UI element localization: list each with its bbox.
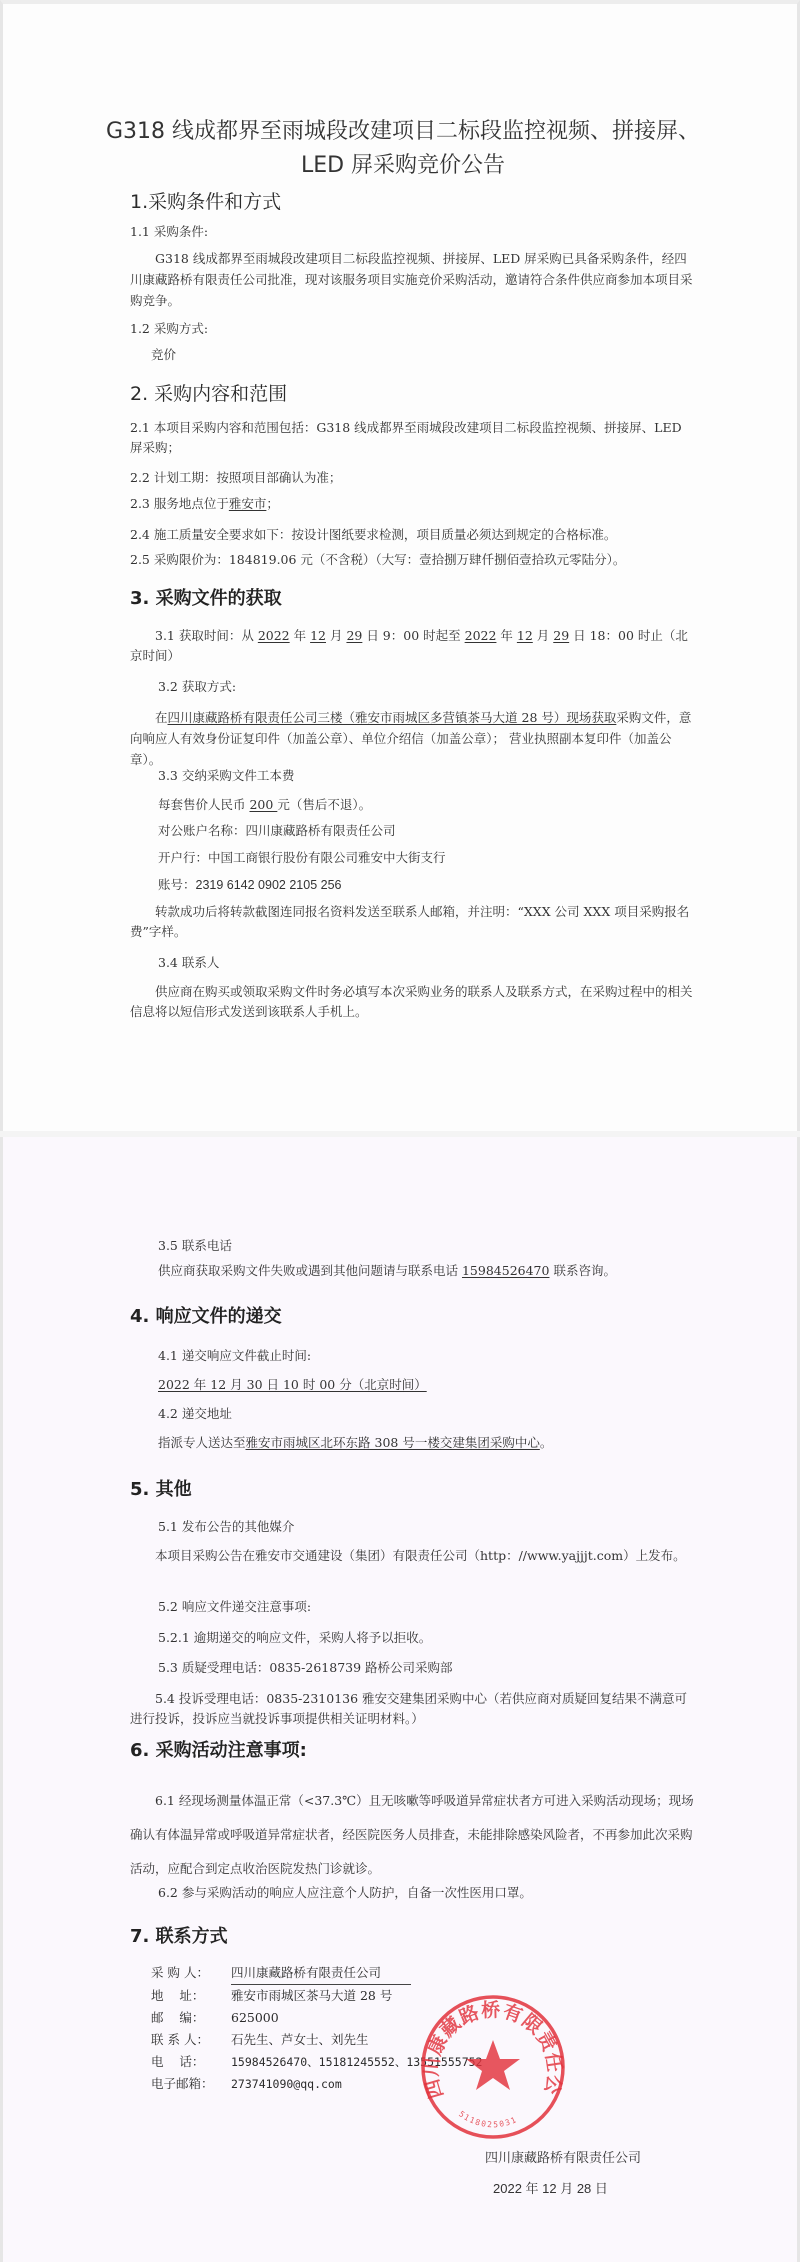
account-name: 对公账户名称：四川康藏路桥有限责任公司	[158, 821, 396, 841]
section-2-4: 2.4 施工质量安全要求如下：按设计图纸要求检测，项目质量必须达到规定的合格标准…	[130, 525, 616, 545]
section-1-2-text: 竞价	[151, 345, 176, 365]
text: 日 9：00 时起至	[362, 628, 464, 643]
section-3-5-label: 3.5 联系电话	[158, 1236, 232, 1256]
section-3-1: 3.1 获取时间：从 2022 年 12 月 29 日 9：00 时起至 202…	[130, 626, 695, 666]
contact-value: 石先生、芦女士、刘先生	[231, 2029, 369, 2051]
signature-date: 2022 年 12 月 28 日	[493, 2178, 608, 2197]
bank-name: 开户行：中国工商银行股份有限公司雅安中大街支行	[158, 848, 446, 868]
start-day: 29	[346, 628, 362, 643]
contact-key: 联 系 人：	[151, 2029, 231, 2051]
signature-company: 四川康藏路桥有限责任公司	[485, 2147, 641, 2166]
section-3-4-text: 供应商在购买或领取采购文件时务必填写本次采购业务的联系人及联系方式，在采购过程中…	[130, 982, 695, 1022]
section-5-2-label: 5.2 响应文件递交注意事项:	[158, 1597, 311, 1617]
end-year: 2022	[465, 628, 497, 643]
start-year: 2022	[258, 628, 290, 643]
section-3-2-label: 3.2 获取方式:	[158, 677, 236, 697]
section-3-3-price: 每套售价人民币 200 元（售后不退）。	[158, 795, 371, 815]
purchaser-name: 四川康藏路桥有限责任公司	[231, 1965, 381, 1980]
contact-value: 雅安市雨城区茶马大道 28 号	[231, 1985, 392, 2007]
contact-value: 四川康藏路桥有限责任公司	[231, 1962, 411, 1985]
contact-row-purchaser: 采 购 人： 四川康藏路桥有限责任公司	[151, 1962, 482, 1985]
section-1-2-label: 1.2 采购方式:	[130, 319, 208, 339]
section-3-heading: 3. 采购文件的获取	[130, 584, 282, 610]
text: 年	[496, 628, 516, 643]
text: 供应商获取采购文件失败或遇到其他问题请与联系电话	[158, 1263, 462, 1278]
text: 在	[155, 710, 168, 725]
text: 月	[326, 628, 346, 643]
contact-key: 采 购 人：	[151, 1962, 231, 1985]
text: 元（售后不退）。	[277, 797, 371, 812]
contact-key: 电 话：	[151, 2051, 231, 2073]
section-6-1: 6.1 经现场测量体温正常（<37.3℃）且无咳嗽等呼吸道异常症状者方可进入采购…	[130, 1784, 695, 1886]
section-5-3: 5.3 质疑受理电话：0835-2618739 路桥公司采购部	[158, 1658, 453, 1678]
section-5-heading: 5. 其他	[130, 1475, 192, 1501]
text: 月	[533, 628, 553, 643]
text: 3.1 获取时间：从	[155, 628, 258, 643]
start-month: 12	[310, 628, 326, 643]
end-day: 29	[553, 628, 569, 643]
fee-amount: 200	[249, 797, 277, 812]
text: 年	[290, 628, 310, 643]
section-3-4-label: 3.4 联系人	[158, 953, 219, 973]
account-number: 账号：2319 6142 0902 2105 256	[158, 875, 341, 895]
section-5-2-1: 5.2.1 逾期递交的响应文件，采购人将予以拒收。	[158, 1628, 431, 1648]
section-3-2-text: 在四川康藏路桥有限责任公司三楼（雅安市雨城区多营镇茶马大道 28 号）现场获取采…	[130, 707, 695, 770]
section-4-2-text: 指派专人送达至雅安市雨城区北环东路 308 号一楼交建集团采购中心。	[158, 1433, 552, 1453]
pickup-location: 四川康藏路桥有限责任公司三楼（雅安市雨城区多营镇茶马大道 28 号）现场获取	[168, 710, 617, 725]
service-location: 雅安市	[229, 496, 267, 511]
section-2-3: 2.3 服务地点位于雅安市；	[130, 494, 279, 514]
section-2-heading: 2. 采购内容和范围	[130, 379, 287, 406]
section-1-1-label: 1.1 采购条件:	[130, 222, 208, 242]
submission-address: 雅安市雨城区北环东路 308 号一楼交建集团采购中心	[246, 1435, 540, 1450]
text: 指派专人送达至	[158, 1435, 246, 1450]
section-3-5-text: 供应商获取采购文件失败或遇到其他问题请与联系电话 15984526470 联系咨…	[158, 1261, 616, 1281]
contact-key: 地 址：	[151, 1985, 231, 2007]
text: 每套售价人民币	[158, 797, 249, 812]
section-5-1-text: 本项目采购公告在雅安市交通建设（集团）有限责任公司（http：//www.yaj…	[130, 1546, 695, 1566]
section-6-heading: 6. 采购活动注意事项:	[130, 1736, 307, 1762]
deadline: 2022 年 12 月 30 日 10 时 00 分（北京时间）	[158, 1377, 427, 1392]
section-4-1-label: 4.1 递交响应文件截止时间:	[158, 1346, 311, 1366]
section-2-1: 2.1 本项目采购内容和范围包括：G318 线成都界至雨城段改建项目二标段监控视…	[130, 418, 695, 458]
section-4-heading: 4. 响应文件的递交	[130, 1302, 282, 1328]
contact-key: 邮 编：	[151, 2007, 231, 2029]
section-5-1-label: 5.1 发布公告的其他媒介	[158, 1517, 294, 1537]
svg-text:5118025031: 5118025031	[457, 2109, 519, 2129]
section-4-1-deadline: 2022 年 12 月 30 日 10 时 00 分（北京时间）	[158, 1375, 427, 1395]
document-title-line-1: G318 线成都界至雨城段改建项目二标段监控视频、拼接屏、	[3, 116, 800, 148]
end-month: 12	[517, 628, 533, 643]
section-7-heading: 7. 联系方式	[130, 1922, 228, 1948]
section-4-2-label: 4.2 递交地址	[158, 1404, 232, 1424]
section-2-5: 2.5 采购限价为：184819.06 元（不含税）（大写：壹拾捌万肆仟捌佰壹拾…	[130, 550, 625, 570]
document-page-2: 3.5 联系电话 供应商获取采购文件失败或遇到其他问题请与联系电话 159845…	[0, 1137, 800, 2262]
section-2-2: 2.2 计划工期：按照项目部确认为准；	[130, 468, 341, 488]
section-2-3-suffix: ；	[266, 496, 279, 511]
contact-phone: 15984526470	[462, 1263, 549, 1278]
section-3-3-label: 3.3 交纳采购文件工本费	[158, 766, 294, 786]
seal-icon: 四川康藏路桥有限责任公司 5118025031	[418, 1992, 568, 2142]
section-1-heading: 1.采购条件和方式	[130, 187, 281, 214]
document-title-line-2: LED 屏采购竞价公告	[3, 150, 800, 182]
contact-value: 625000	[231, 2007, 279, 2029]
transfer-note: 转款成功后将转款截图连同报名资料发送至联系人邮箱，并注明：“XXX 公司 XXX…	[130, 902, 695, 942]
document-page-1: G318 线成都界至雨城段改建项目二标段监控视频、拼接屏、 LED 屏采购竞价公…	[0, 0, 800, 1131]
section-6-2: 6.2 参与采购活动的响应人应注意个人防护，自备一次性医用口罩。	[158, 1883, 532, 1903]
text: 联系咨询。	[549, 1263, 615, 1278]
section-2-3-prefix: 2.3 服务地点位于	[130, 496, 229, 511]
section-5-4: 5.4 投诉受理电话：0835-2310136 雅安交建集团采购中心（若供应商对…	[130, 1689, 695, 1729]
text: 。	[540, 1435, 553, 1450]
contact-key: 电子邮箱：	[151, 2073, 231, 2095]
section-1-1-text: G318 线成都界至雨城段改建项目二标段监控视频、拼接屏、LED 屏采购已具备采…	[130, 248, 695, 311]
contact-value: 273741090@qq.com	[231, 2073, 342, 2095]
company-seal: 四川康藏路桥有限责任公司 5118025031	[418, 1992, 568, 2142]
